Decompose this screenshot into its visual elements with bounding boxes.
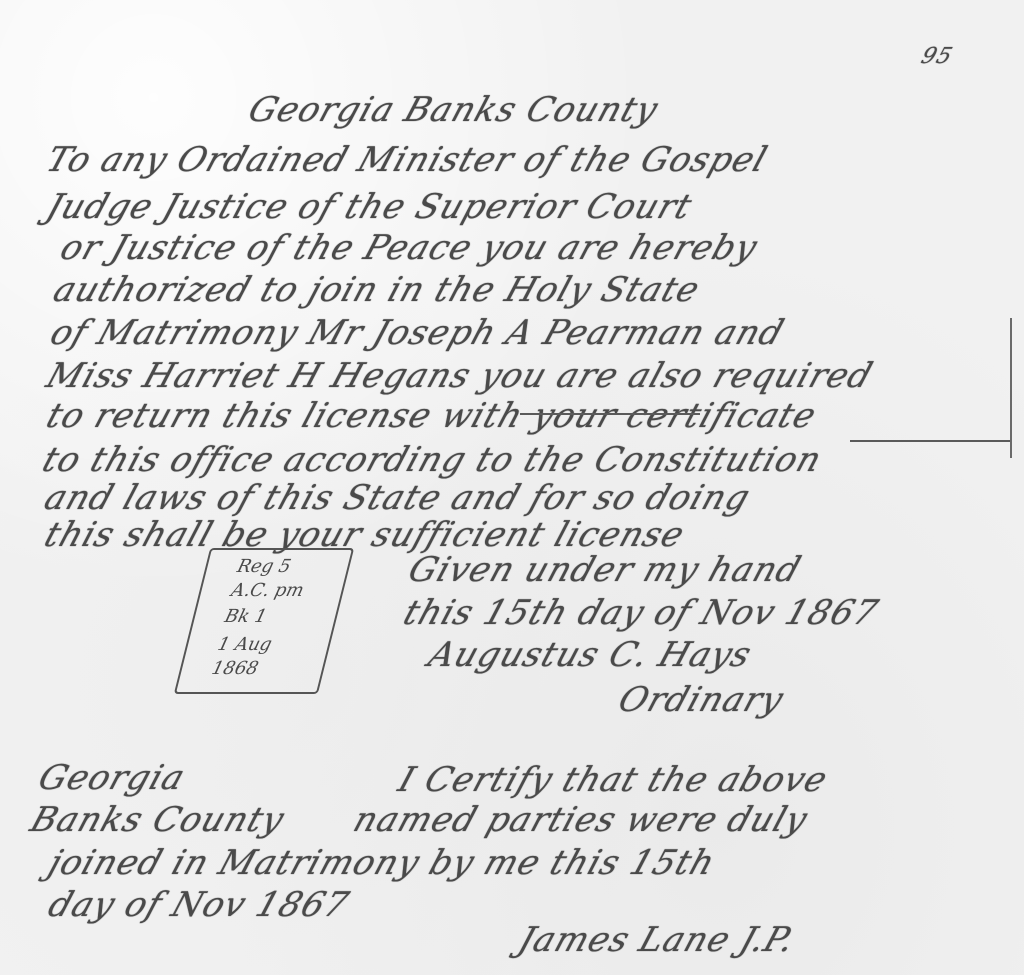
- recording-note-line: A.C. pm: [229, 580, 306, 601]
- certificate-line: joined in Matrimony by me this 15th: [44, 843, 721, 883]
- recording-note-line: 1 Aug: [216, 634, 275, 655]
- certificate-location: Georgia: [34, 758, 191, 798]
- recording-note-stamp: Reg 5 A.C. pm Bk 1 1 Aug 1868: [174, 548, 354, 694]
- document-heading: Georgia Banks County: [244, 90, 664, 130]
- page-number: 95: [918, 44, 956, 69]
- certificate-line: I Certify that the above: [394, 760, 833, 800]
- ordinary-title: Ordinary: [614, 680, 789, 720]
- recording-note-line: 1868: [210, 658, 261, 679]
- certificate-location: Banks County: [26, 800, 290, 840]
- margin-rule: [1010, 318, 1012, 458]
- license-line: Miss Harriet H Hegans you are also requi…: [42, 356, 878, 396]
- certificate-line: named parties were duly: [349, 800, 813, 840]
- license-line: to this office according to the Constitu…: [38, 440, 828, 480]
- justice-signature: James Lane J.P.: [514, 920, 801, 960]
- ordinary-signature: Augustus C. Hays: [424, 635, 757, 675]
- strike-mark: [520, 413, 700, 415]
- license-line: to return this license with your certifi…: [42, 396, 822, 436]
- given-date-line: this 15th day of Nov 1867: [399, 593, 884, 633]
- given-line: Given under my hand: [404, 550, 807, 590]
- license-line: To any Ordained Minister of the Gospel: [42, 140, 773, 180]
- license-line: of Matrimony Mr Joseph A Pearman and: [46, 313, 790, 353]
- certificate-line: day of Nov 1867: [44, 885, 355, 925]
- license-line: and laws of this State and for so doing: [40, 478, 756, 518]
- license-line: Judge Justice of the Superior Court: [42, 187, 698, 227]
- license-line: or Justice of the Peace you are hereby: [56, 228, 763, 268]
- document-page: 95 Georgia Banks County To any Ordained …: [0, 0, 1024, 975]
- license-line: this shall be your sufficient license: [40, 515, 690, 555]
- strike-mark: [850, 440, 1010, 442]
- recording-note-line: Reg 5: [235, 556, 293, 577]
- license-line: authorized to join in the Holy State: [49, 270, 706, 310]
- recording-note-line: Bk 1: [223, 606, 270, 627]
